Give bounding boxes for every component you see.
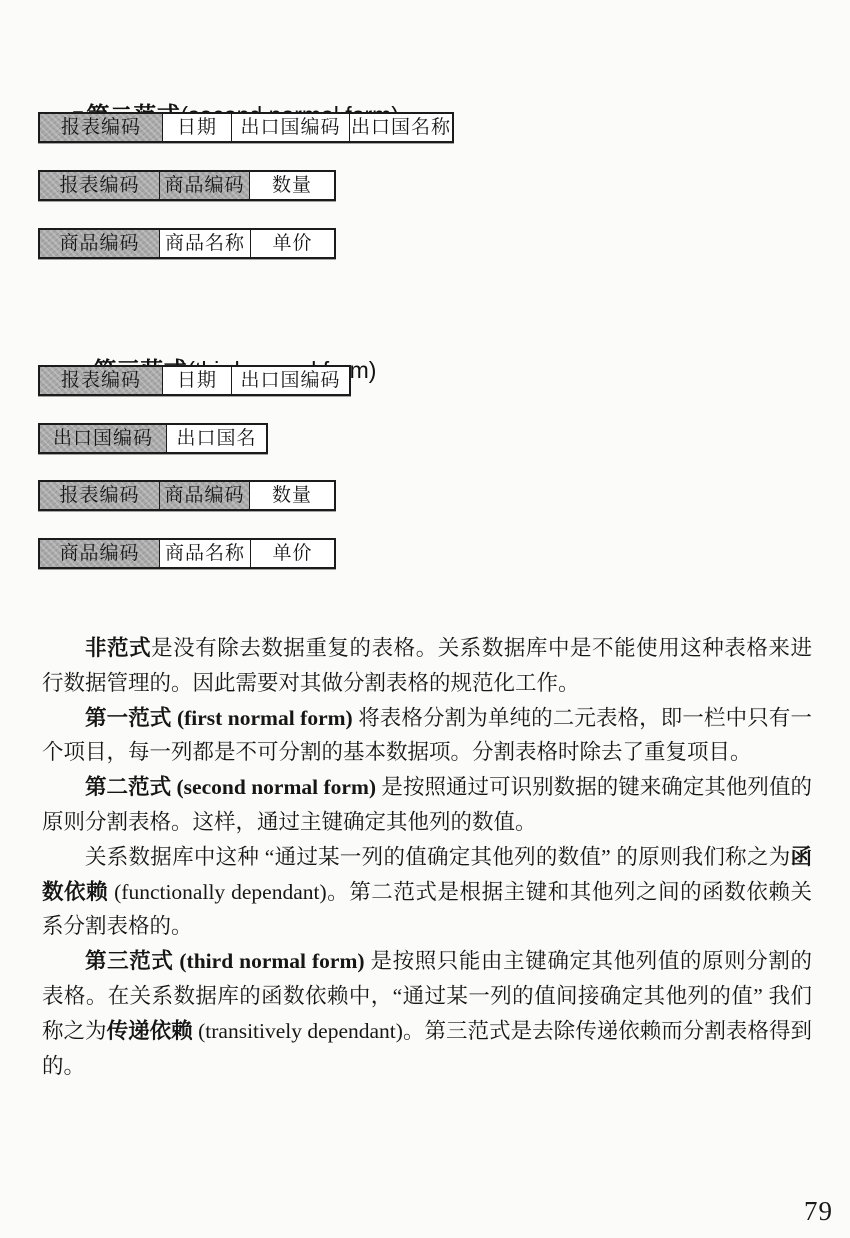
paragraph-text: 关系数据库中这种 “通过某一列的值确定其他列的数值” 的原则我们称之为 bbox=[85, 845, 790, 869]
relation-table-country-3nf: 出口国编码出口国名称 bbox=[38, 423, 268, 454]
key-column-cell: 报表编码 bbox=[40, 114, 163, 141]
column-cell: 数量 bbox=[250, 482, 334, 509]
column-cell: 出口国编码 bbox=[231, 114, 349, 141]
column-cell: 日期 bbox=[163, 367, 231, 394]
relation-table-report-2nf: 报表编码日期出口国编码出口国名称 bbox=[38, 112, 454, 143]
paragraph-text: 是没有除去数据重复的表格。关系数据库中是不能使用这种表格来进行数据管理的。因此需… bbox=[42, 636, 812, 695]
key-column-cell: 报表编码 bbox=[40, 367, 163, 394]
column-cell: 日期 bbox=[163, 114, 231, 141]
column-cell: 数量 bbox=[250, 172, 334, 199]
paragraph: 第三范式 (third normal form) 是按照只能由主键确定其他列值的… bbox=[42, 944, 812, 1083]
paragraph: 关系数据库中这种 “通过某一列的值确定其他列的数值” 的原则我们称之为函数依赖 … bbox=[42, 840, 812, 944]
paragraph: 第二范式 (second normal form) 是按照通过可识别数据的键来确… bbox=[42, 770, 812, 840]
body-paragraphs: 非范式是没有除去数据重复的表格。关系数据库中是不能使用这种表格来进行数据管理的。… bbox=[42, 631, 812, 1083]
emphasized-term: 传递依赖 bbox=[107, 1019, 193, 1043]
paragraph: 非范式是没有除去数据重复的表格。关系数据库中是不能使用这种表格来进行数据管理的。… bbox=[42, 631, 812, 701]
relation-table-item-3nf: 商品编码商品名称单价 bbox=[38, 538, 336, 569]
column-cell: 单价 bbox=[250, 230, 334, 257]
emphasized-term: 第二范式 (second normal form) bbox=[85, 775, 381, 799]
column-cell: 出口国编码 bbox=[231, 367, 349, 394]
key-column-cell: 商品编码 bbox=[40, 540, 160, 567]
key-column-cell: 商品编码 bbox=[40, 230, 160, 257]
column-cell: 商品名称 bbox=[160, 230, 250, 257]
key-column-cell: 出口国编码 bbox=[40, 425, 167, 452]
paragraph: 第一范式 (first normal form) 将表格分割为单纯的二元表格，即… bbox=[42, 701, 812, 771]
key-column-cell: 商品编码 bbox=[160, 172, 250, 199]
column-cell: 出口国名称 bbox=[349, 114, 452, 141]
emphasized-term: 非范式 bbox=[85, 636, 151, 660]
column-cell: 商品名称 bbox=[160, 540, 250, 567]
relation-table-report-item-3nf: 报表编码商品编码数量 bbox=[38, 480, 336, 511]
book-page: ▼第二范式(second normal form) 报表编码日期出口国编码出口国… bbox=[0, 0, 850, 1238]
key-column-cell: 商品编码 bbox=[160, 482, 250, 509]
key-column-cell: 报表编码 bbox=[40, 172, 160, 199]
page-number: 79 bbox=[804, 1196, 833, 1227]
key-column-cell: 报表编码 bbox=[40, 482, 160, 509]
emphasized-term: 第三范式 (third normal form) bbox=[85, 949, 371, 973]
emphasized-term: 第一范式 (first normal form) bbox=[85, 706, 358, 730]
relation-table-report-item-2nf: 报表编码商品编码数量 bbox=[38, 170, 336, 201]
column-cell: 单价 bbox=[250, 540, 334, 567]
relation-table-report-3nf: 报表编码日期出口国编码 bbox=[38, 365, 351, 396]
column-cell: 出口国名称 bbox=[167, 425, 266, 452]
paragraph-text: (functionally dependant)。第二范式是根据主键和其他列之间… bbox=[42, 880, 812, 939]
relation-table-item-2nf: 商品编码商品名称单价 bbox=[38, 228, 336, 259]
